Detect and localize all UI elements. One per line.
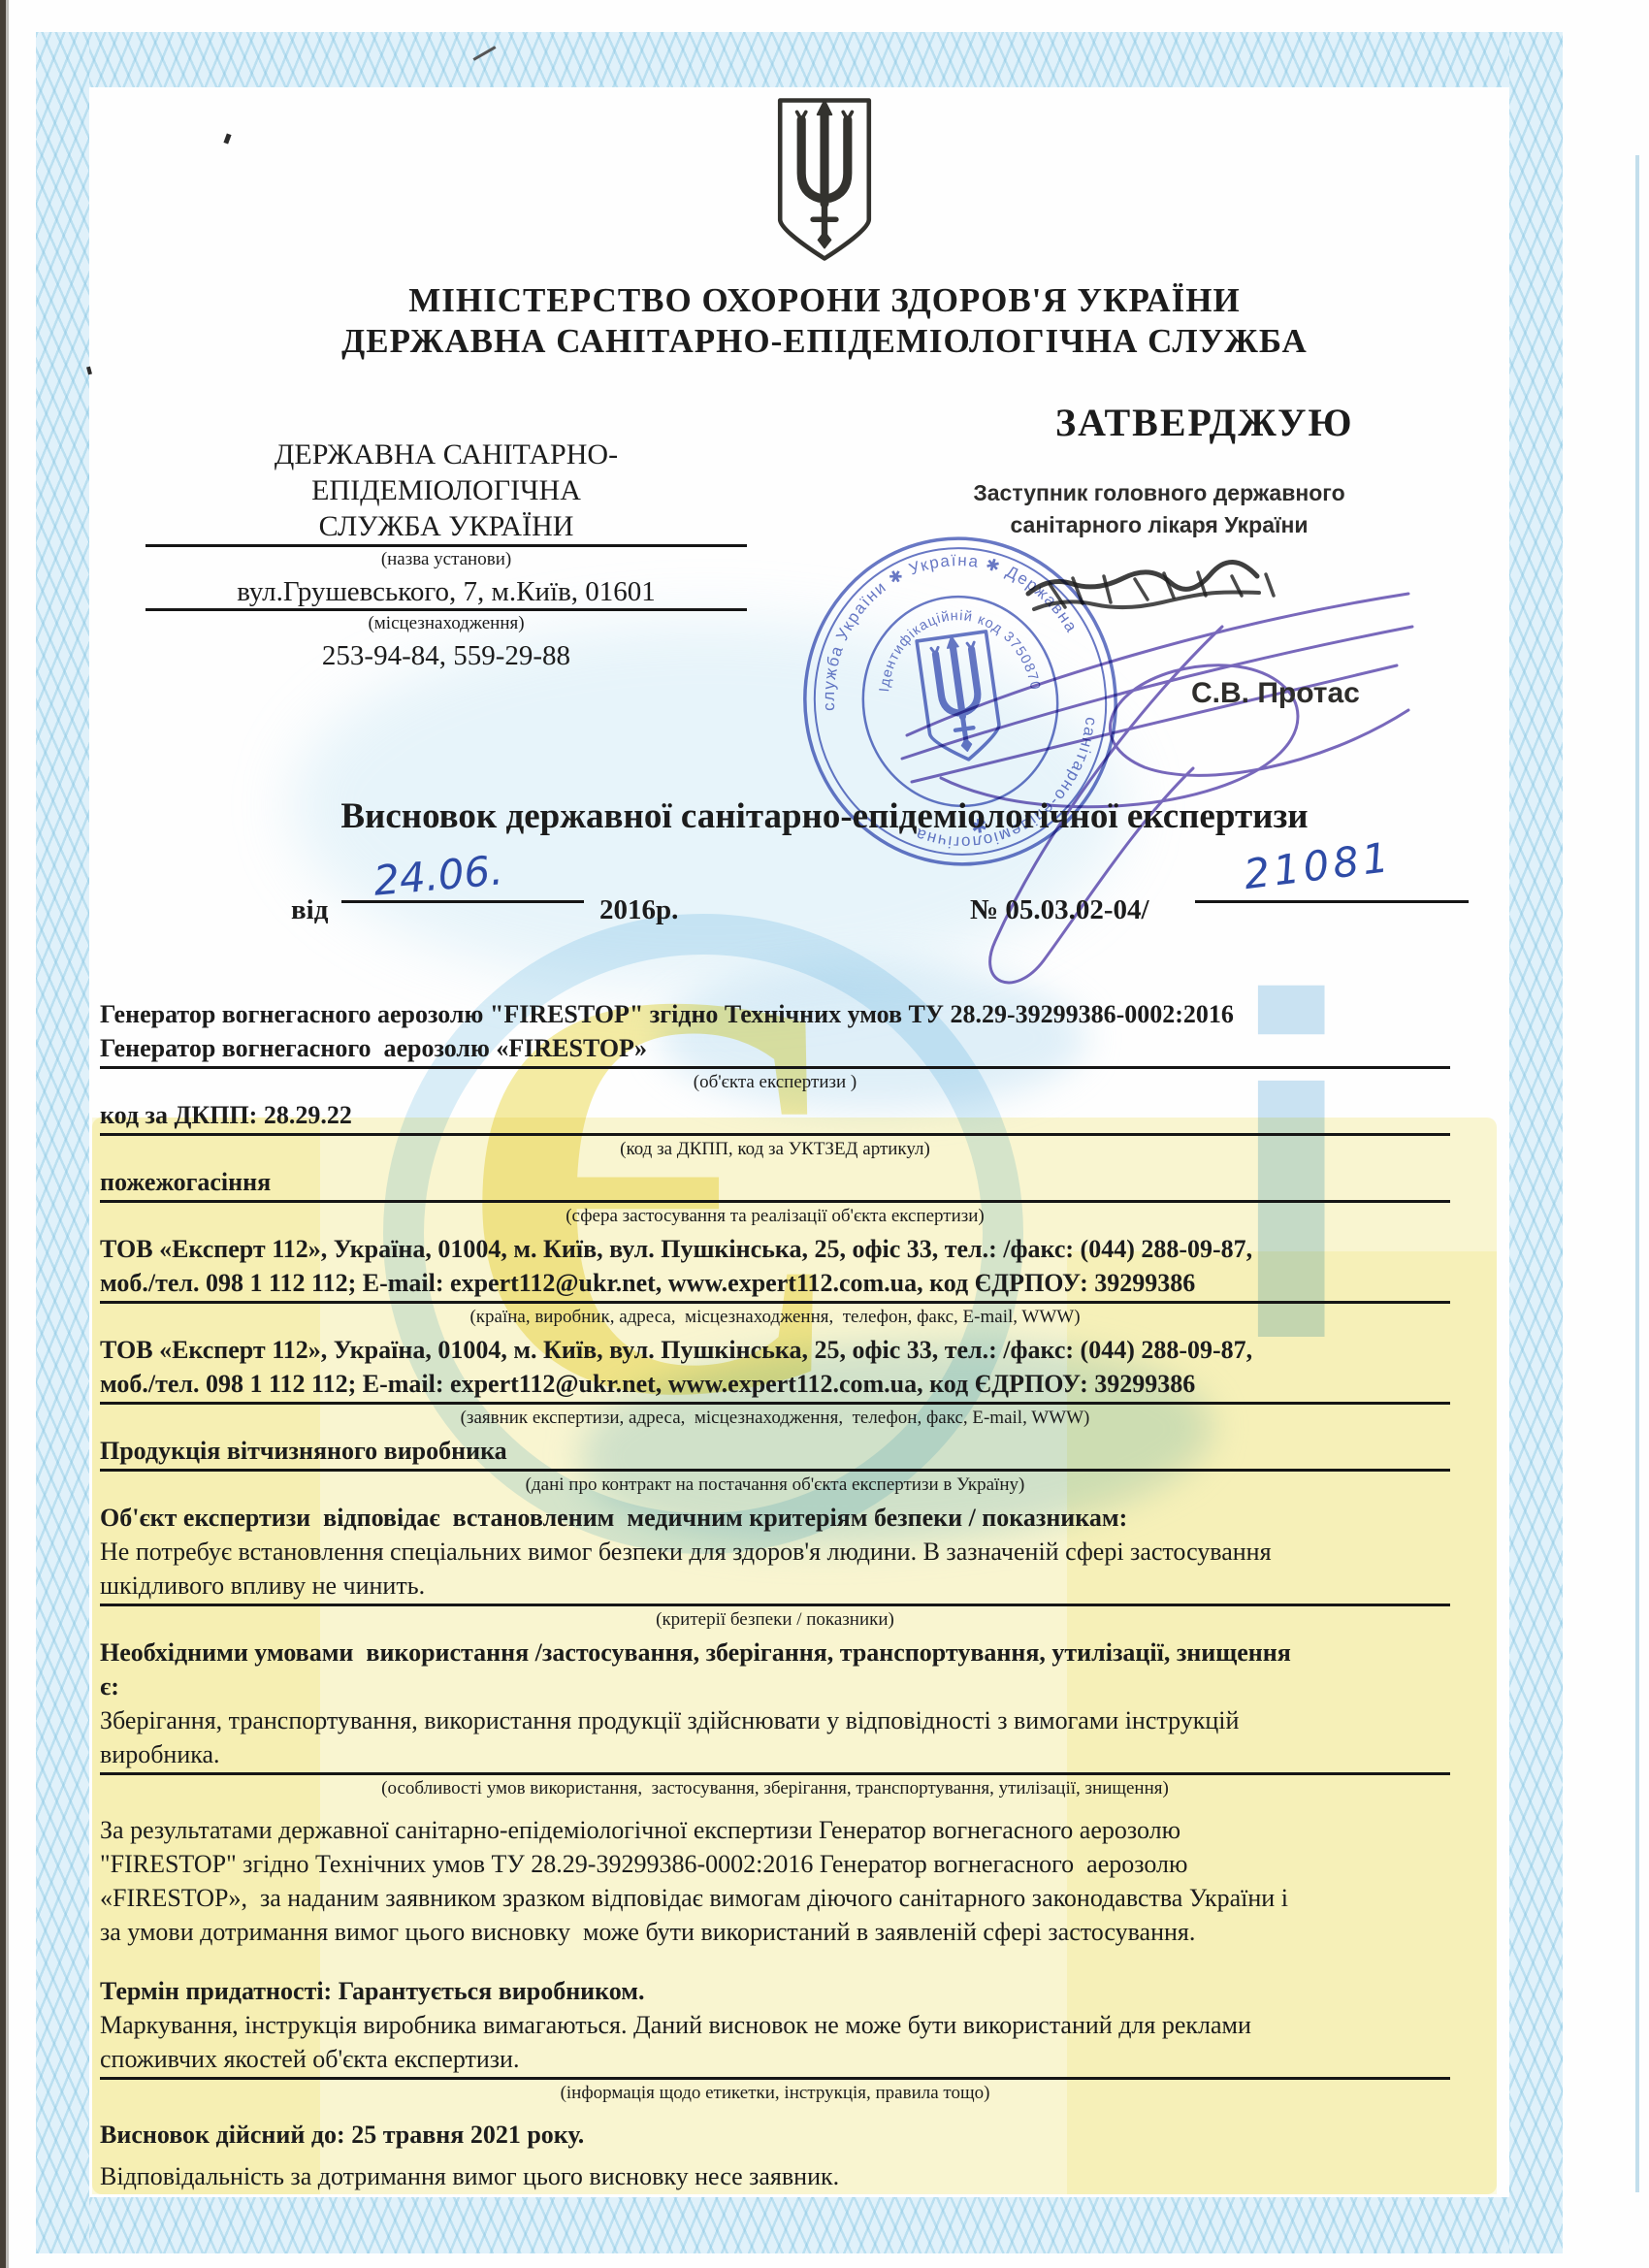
- issuer-phones: 253-94-84, 559-29-88: [145, 636, 747, 672]
- issuer-block: ДЕРЖАВНА САНІТАРНО-ЕПІДЕМІОЛОГІЧНА СЛУЖБ…: [145, 437, 747, 672]
- issuer-name-line2: СЛУЖБА УКРАЇНИ: [145, 508, 747, 547]
- conditions-caption: (особливості умов використання, застосув…: [100, 1775, 1450, 1801]
- criteria-caption: (критерії безпеки / показники): [100, 1606, 1450, 1633]
- number-underline: [1195, 900, 1469, 903]
- main-content: Генератор вогнегасного аерозолю "FIRESTO…: [100, 997, 1450, 2193]
- border-band-left: [36, 32, 89, 2253]
- issuer-address-caption: (місцезнаходження): [145, 611, 747, 636]
- object-caption: (об'єкта експертизи ): [100, 1069, 1450, 1095]
- border-band-top: [36, 32, 1563, 87]
- manufacturer-caption: (країна, виробник, адреса, місцезнаходже…: [100, 1304, 1450, 1330]
- criteria-heading: Об'єкт експертизи відповідає встановлени…: [100, 1501, 1450, 1535]
- applicant-caption: (заявник експертизи, адреса, місцезнаход…: [100, 1405, 1450, 1431]
- ink-speck: [86, 367, 92, 375]
- date-year: 2016р.: [599, 894, 678, 926]
- object-line1: Генератор вогнегасного аерозолю "FIRESTO…: [100, 997, 1450, 1031]
- document-page: Є і МІНІСТЕРСТВО ОХОРОНИ ЗДОРОВ'Я УКРАЇН…: [0, 0, 1649, 2268]
- object-line2: Генератор вогнегасного аерозолю «FIRESTO…: [100, 1031, 1450, 1065]
- approve-label: ЗАТВЕРДЖУЮ: [1055, 400, 1354, 445]
- approver-name: С.В. Протас: [1191, 677, 1360, 710]
- page-title: Висновок державної санітарно-епідеміолог…: [0, 795, 1649, 837]
- ministry-title-line1: МІНІСТЕРСТВО ОХОРОНИ ЗДОРОВ'Я УКРАЇНИ: [0, 281, 1649, 320]
- shelf-life: Термін придатності: Гарантується виробни…: [100, 1974, 1450, 2008]
- criteria-line2: шкідливого впливу не чинить.: [100, 1569, 1450, 1603]
- criteria-line1: Не потребує встановлення спеціальних вим…: [100, 1535, 1450, 1569]
- scan-right-fold-line: [1635, 155, 1639, 2192]
- responsibility: Відповідальність за дотримання вимог цьо…: [100, 2159, 1450, 2193]
- conditions-heading1: Необхідними умовами використання /застос…: [100, 1636, 1450, 1669]
- approver-title-line1: Заступник головного державного: [951, 477, 1368, 509]
- ukraine-trident-emblem: [771, 95, 878, 264]
- ministry-title-line2: ДЕРЖАВНА САНІТАРНО-ЕПІДЕМІОЛОГІЧНА СЛУЖБ…: [0, 322, 1649, 361]
- dkpp-value: код за ДКПП: 28.29.22: [100, 1098, 1450, 1132]
- date-from-label: від: [291, 894, 328, 926]
- signature-scribble: [815, 534, 1436, 1038]
- marking-line1: Маркування, інструкція виробника вимагаю…: [100, 2008, 1450, 2042]
- conclusion-line2: "FIRESTOP" згідно Технічних умов ТУ 28.2…: [100, 1847, 1450, 1881]
- valid-until: Висновок дійсний до: 25 травня 2021 року…: [100, 2118, 1450, 2152]
- number-label: № 05.03.02-04/: [970, 894, 1149, 926]
- conclusion-line4: за умови дотримання вимог цього висновку…: [100, 1915, 1450, 1949]
- scope-value: пожежогасіння: [100, 1165, 1450, 1199]
- border-band-right: [1509, 32, 1563, 2253]
- conclusion-line3: «FIRESTOP», за наданим заявником зразком…: [100, 1881, 1450, 1915]
- scope-caption: (сфера застосування та реалізації об'єкт…: [100, 1203, 1450, 1229]
- contract-value: Продукція вітчизняного виробника: [100, 1434, 1450, 1468]
- marking-caption: (інформація щодо етикетки, інструкція, п…: [100, 2080, 1450, 2106]
- manufacturer-line2: моб./тел. 098 1 112 112; E-mail: expert1…: [100, 1266, 1450, 1300]
- issuer-name-caption: (назва установи): [145, 547, 747, 572]
- ink-speck: [223, 133, 231, 144]
- contract-caption: (дані про контракт на постачання об'єкта…: [100, 1472, 1450, 1498]
- manufacturer-line1: ТОВ «Експерт 112», Україна, 01004, м. Ки…: [100, 1232, 1450, 1266]
- conditions-line1: Зберігання, транспортування, використанн…: [100, 1703, 1450, 1737]
- conditions-heading2: є:: [100, 1669, 1450, 1703]
- conclusion-line1: За результатами державної санітарно-епід…: [100, 1813, 1450, 1847]
- issuer-name-line1: ДЕРЖАВНА САНІТАРНО-ЕПІДЕМІОЛОГІЧНА: [145, 437, 747, 508]
- conditions-line2: виробника.: [100, 1737, 1450, 1771]
- applicant-line1: ТОВ «Експерт 112», Україна, 01004, м. Ки…: [100, 1333, 1450, 1367]
- applicant-line2: моб./тел. 098 1 112 112; E-mail: expert1…: [100, 1367, 1450, 1401]
- marking-line2: споживчих якостей об'єкта експертизи.: [100, 2042, 1450, 2076]
- dkpp-caption: (код за ДКПП, код за УКТЗЕД артикул): [100, 1136, 1450, 1162]
- issuer-address: вул.Грушевського, 7, м.Київ, 01601: [145, 572, 747, 611]
- border-band-bottom: [36, 2197, 1563, 2253]
